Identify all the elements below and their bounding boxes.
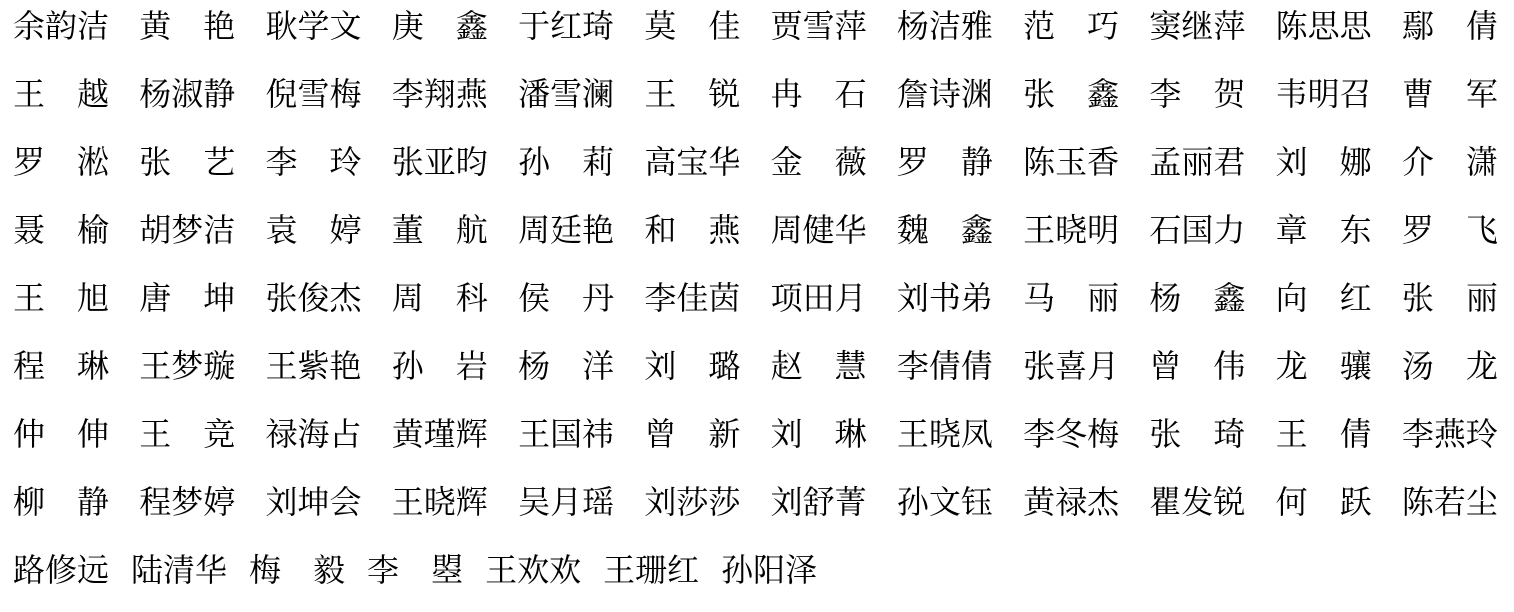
person-name: 陈若尘: [1402, 483, 1498, 521]
person-name: 孙 莉: [518, 143, 614, 181]
person-name: 孙文钰: [897, 483, 993, 521]
person-name: 瞿发锐: [1149, 483, 1245, 521]
name-row: 路修远陆清华梅 毅李 曌王欢欢王珊红孙阳泽: [13, 544, 1498, 612]
person-name: 李翔燕: [392, 75, 488, 113]
name-row: 王 旭唐 坤张俊杰周 科侯 丹李佳茵项田月刘书弟马 丽杨 鑫向 红张 丽: [13, 272, 1498, 340]
person-name: 张亚昀: [392, 143, 488, 181]
person-name: 庚 鑫: [392, 7, 488, 45]
person-name: 黄 艳: [139, 7, 235, 45]
name-row: 余韵洁黄 艳耿学文庚 鑫于红琦莫 佳贾雪萍杨洁雅范 巧窦继萍陈思思鄢 倩: [13, 0, 1498, 68]
person-name: 侯 丹: [518, 279, 614, 317]
person-name: 马 丽: [1023, 279, 1119, 317]
person-name: 王欢欢: [485, 551, 581, 589]
person-name: 倪雪梅: [266, 75, 362, 113]
person-name: 张俊杰: [266, 279, 362, 317]
person-name: 莫 佳: [644, 7, 740, 45]
person-name: 魏 鑫: [897, 211, 993, 249]
person-name: 张 丽: [1402, 279, 1498, 317]
person-name: 周廷艳: [518, 211, 614, 249]
person-name: 孙 岩: [392, 347, 488, 385]
person-name: 王 倩: [1276, 415, 1372, 453]
person-name: 冉 石: [771, 75, 867, 113]
person-name: 李倩倩: [897, 347, 993, 385]
person-name: 王 竞: [139, 415, 235, 453]
name-row: 仲 伸王 竞禄海占黄瑾辉王国祎曾 新刘 琳王晓凤李冬梅张 琦王 倩李燕玲: [13, 408, 1498, 476]
person-name: 詹诗渊: [897, 75, 993, 113]
person-name: 李佳茵: [644, 279, 740, 317]
person-name: 吴月瑶: [518, 483, 614, 521]
person-name: 杨 洋: [518, 347, 614, 385]
name-row: 罗 淞张 艺李 玲张亚昀孙 莉高宝华金 薇罗 静陈玉香孟丽君刘 娜介 潇: [13, 136, 1498, 204]
person-name: 石国力: [1149, 211, 1245, 249]
person-name: 窦继萍: [1149, 7, 1245, 45]
person-name: 周 科: [392, 279, 488, 317]
name-row: 王 越杨淑静倪雪梅李翔燕潘雪澜王 锐冉 石詹诗渊张 鑫李 贺韦明召曹 军: [13, 68, 1498, 136]
person-name: 刘书弟: [897, 279, 993, 317]
person-name: 项田月: [771, 279, 867, 317]
person-name: 龙 骧: [1276, 347, 1372, 385]
person-name: 程 琳: [13, 347, 109, 385]
person-name: 柳 静: [13, 483, 109, 521]
name-row: 聂 榆胡梦洁袁 婷董 航周廷艳和 燕周健华魏 鑫王晓明石国力章 东罗 飞: [13, 204, 1498, 272]
person-name: 黄禄杰: [1023, 483, 1119, 521]
person-name: 章 东: [1276, 211, 1372, 249]
person-name: 张 艺: [139, 143, 235, 181]
person-name: 罗 静: [897, 143, 993, 181]
person-name: 杨 鑫: [1149, 279, 1245, 317]
person-name: 何 跃: [1276, 483, 1372, 521]
name-list: 余韵洁黄 艳耿学文庚 鑫于红琦莫 佳贾雪萍杨洁雅范 巧窦继萍陈思思鄢 倩王 越杨…: [13, 0, 1498, 612]
person-name: 唐 坤: [139, 279, 235, 317]
person-name: 刘舒菁: [771, 483, 867, 521]
person-name: 王晓辉: [392, 483, 488, 521]
person-name: 刘 琳: [771, 415, 867, 453]
person-name: 范 巧: [1023, 7, 1119, 45]
person-name: 胡梦洁: [139, 211, 235, 249]
person-name: 王紫艳: [266, 347, 362, 385]
person-name: 贾雪萍: [771, 7, 867, 45]
person-name: 潘雪澜: [518, 75, 614, 113]
person-name: 张 琦: [1149, 415, 1245, 453]
person-name: 张 鑫: [1023, 75, 1119, 113]
person-name: 刘 娜: [1276, 143, 1372, 181]
person-name: 黄瑾辉: [392, 415, 488, 453]
person-name: 曾 新: [644, 415, 740, 453]
person-name: 韦明召: [1276, 75, 1372, 113]
person-name: 禄海占: [266, 415, 362, 453]
person-name: 曾 伟: [1149, 347, 1245, 385]
person-name: 张喜月: [1023, 347, 1119, 385]
person-name: 耿学文: [266, 7, 362, 45]
person-name: 金 薇: [771, 143, 867, 181]
person-name: 陆清华: [131, 551, 227, 589]
person-name: 李 玲: [266, 143, 362, 181]
person-name: 路修远: [13, 551, 109, 589]
person-name: 王 锐: [644, 75, 740, 113]
person-name: 仲 伸: [13, 415, 109, 453]
person-name: 梅 毅: [249, 551, 345, 589]
person-name: 周健华: [771, 211, 867, 249]
person-name: 赵 慧: [771, 347, 867, 385]
person-name: 王梦璇: [139, 347, 235, 385]
person-name: 和 燕: [644, 211, 740, 249]
person-name: 孟丽君: [1149, 143, 1245, 181]
person-name: 陈玉香: [1023, 143, 1119, 181]
person-name: 袁 婷: [266, 211, 362, 249]
person-name: 王晓明: [1023, 211, 1119, 249]
person-name: 孙阳泽: [721, 551, 817, 589]
person-name: 王珊红: [603, 551, 699, 589]
person-name: 罗 淞: [13, 143, 109, 181]
person-name: 杨洁雅: [897, 7, 993, 45]
person-name: 王晓凤: [897, 415, 993, 453]
person-name: 董 航: [392, 211, 488, 249]
person-name: 刘坤会: [266, 483, 362, 521]
person-name: 罗 飞: [1402, 211, 1498, 249]
person-name: 向 红: [1276, 279, 1372, 317]
person-name: 李 曌: [367, 551, 463, 589]
person-name: 王 旭: [13, 279, 109, 317]
name-row: 程 琳王梦璇王紫艳孙 岩杨 洋刘 璐赵 慧李倩倩张喜月曾 伟龙 骧汤 龙: [13, 340, 1498, 408]
person-name: 王国祎: [518, 415, 614, 453]
person-name: 介 潇: [1402, 143, 1498, 181]
name-row: 柳 静程梦婷刘坤会王晓辉吴月瑶刘莎莎刘舒菁孙文钰黄禄杰瞿发锐何 跃陈若尘: [13, 476, 1498, 544]
person-name: 余韵洁: [13, 7, 109, 45]
person-name: 于红琦: [518, 7, 614, 45]
person-name: 李冬梅: [1023, 415, 1119, 453]
person-name: 聂 榆: [13, 211, 109, 249]
person-name: 曹 军: [1402, 75, 1498, 113]
person-name: 程梦婷: [139, 483, 235, 521]
name-list-page: 余韵洁黄 艳耿学文庚 鑫于红琦莫 佳贾雪萍杨洁雅范 巧窦继萍陈思思鄢 倩王 越杨…: [0, 0, 1514, 612]
person-name: 刘莎莎: [644, 483, 740, 521]
person-name: 李 贺: [1149, 75, 1245, 113]
person-name: 王 越: [13, 75, 109, 113]
person-name: 杨淑静: [139, 75, 235, 113]
person-name: 汤 龙: [1402, 347, 1498, 385]
person-name: 刘 璐: [644, 347, 740, 385]
person-name: 李燕玲: [1402, 415, 1498, 453]
person-name: 陈思思: [1276, 7, 1372, 45]
person-name: 高宝华: [644, 143, 740, 181]
person-name: 鄢 倩: [1402, 7, 1498, 45]
